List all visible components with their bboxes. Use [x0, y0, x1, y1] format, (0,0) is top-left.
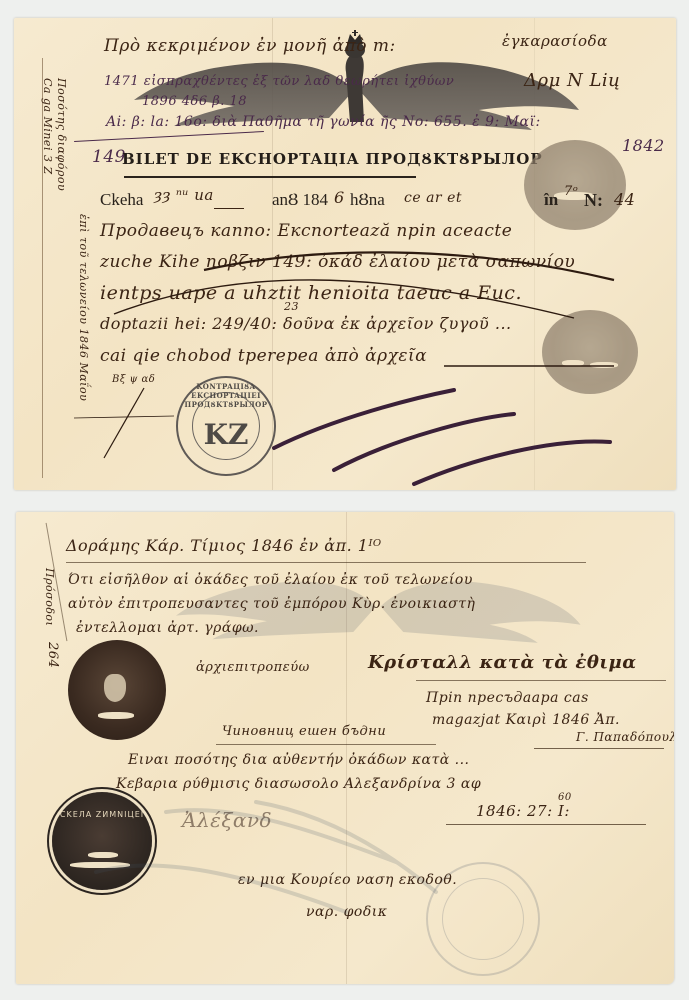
kz-control-stamp: KONTPAЦIȢA EKCHOPTAЦIEI ПPOДȢKTȢPЫЛOP KZ — [176, 376, 276, 476]
margin-note-vertical: Ca ga Minei 3 Z — [41, 78, 54, 175]
show-through-strokes — [16, 512, 674, 984]
handwritten-signature-small: Βξ ψ αδ — [112, 374, 155, 385]
stamp-center-text: KZ — [178, 418, 274, 451]
stamp-ring-text: KONTPAЦIȢA EKCHOPTAЦIEI ПPOДȢKTȢPЫЛOP — [178, 382, 274, 409]
document-page-back: Δοράμης Κάρ. Τίμιος 1846 ἐν ἀπ. 1ᴵᴼ Ότι … — [16, 512, 674, 984]
margin-note-vertical: Ποσότης διαφόρου — [55, 78, 68, 191]
document-page-front: Πρὸ κεκριμένον ἐν μονῆ ἀπὸ m: ἐγκαρασίοδ… — [14, 18, 676, 490]
ink-strikethrough-strokes — [14, 18, 676, 490]
margin-note-vertical: ἐπὶ τοῦ τελωνείου 1846 Μαΐου — [77, 214, 90, 401]
